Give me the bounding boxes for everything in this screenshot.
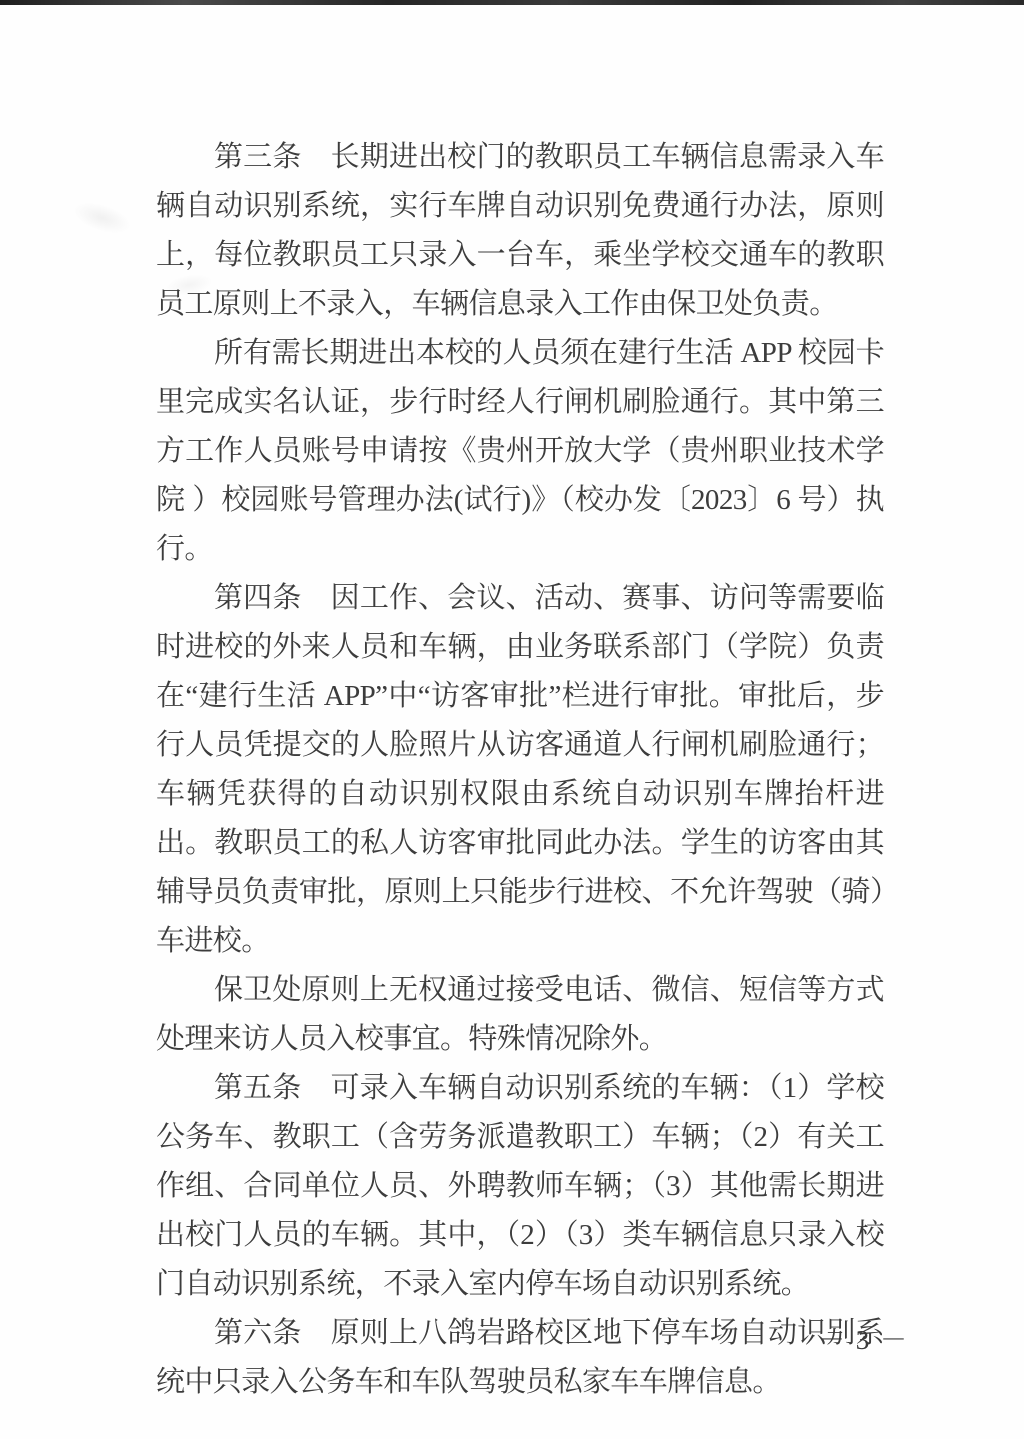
page-number: － 3 － — [818, 1318, 938, 1357]
paragraph-security-office-limits: 保卫处原则上无权通过接受电话、微信、短信等方式处理来访人员入校事宜。特殊情况除外… — [156, 966, 884, 1064]
document-body: 第三条 长期进出校门的教职员工车辆信息需录入车辆自动识别系统，实行车牌自动识别免… — [156, 133, 884, 1407]
scan-smudge — [69, 196, 134, 239]
paragraph-article-4: 第四条 因工作、会议、活动、赛事、访问等需要临时进校的外来人员和车辆，由业务联系… — [156, 574, 884, 966]
scanned-document-page: 第三条 长期进出校门的教职员工车辆信息需录入车辆自动识别系统，实行车牌自动识别免… — [0, 0, 1024, 1439]
paragraph-article-3: 第三条 长期进出校门的教职员工车辆信息需录入车辆自动识别系统，实行车牌自动识别免… — [156, 133, 884, 329]
paragraph-article-5: 第五条 可录入车辆自动识别系统的车辆：（1）学校公务车、教职工（含劳务派遣教职工… — [156, 1064, 884, 1309]
paragraph-realname-auth: 所有需长期进出本校的人员须在建行生活 APP 校园卡里完成实名认证，步行时经人行… — [156, 329, 884, 574]
scanner-edge-artifact — [0, 0, 1024, 5]
paragraph-article-6: 第六条 原则上八鸽岩路校区地下停车场自动识别系统中只录入公务车和车队驾驶员私家车… — [156, 1309, 884, 1407]
